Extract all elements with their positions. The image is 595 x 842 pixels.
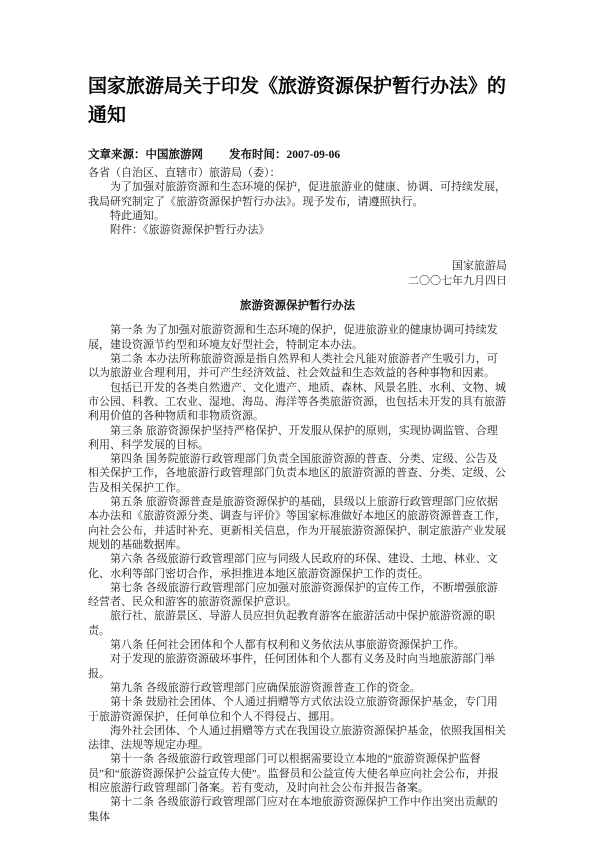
measures-paragraph: 第七条 各级旅游行政管理部门应加强对旅游资源保护的宣传工作，不断增强旅游经营者、…	[88, 581, 507, 610]
measures-paragraph: 第二条 本办法所称旅游资源是指自然界和人类社会凡能对旅游者产生吸引力，可以为旅游…	[88, 352, 507, 381]
measures-paragraph: 第十一条 各级旅游行政管理部门可以根据需要设立本地的“旅游资源保护监督员”和“旅…	[88, 752, 507, 795]
notice-paragraph: 特此通知。	[88, 209, 507, 223]
document-title: 国家旅游局关于印发《旅游资源保护暂行办法》的通知	[88, 72, 507, 130]
signature-date: 二〇〇七年九月四日	[88, 274, 507, 289]
measures-body: 第一条 为了加强对旅游资源和生态环境的保护，促进旅游业的健康协调可持续发展，建设…	[88, 323, 507, 823]
signature-block: 国家旅游局 二〇〇七年九月四日	[88, 259, 507, 289]
salutation: 各省（自治区、直辖市）旅游局（委）：	[88, 166, 507, 180]
attachment-heading: 旅游资源保护暂行办法	[88, 299, 507, 314]
measures-paragraph: 第三条 旅游资源保护坚持严格保护、开发服从保护的原则，实现协调监管、合理利用、科…	[88, 424, 507, 453]
source-label: 文章来源：	[88, 149, 146, 161]
measures-paragraph: 第一条 为了加强对旅游资源和生态环境的保护，促进旅游业的健康协调可持续发展，建设…	[88, 323, 507, 352]
measures-paragraph: 旅行社、旅游景区、导游人员应担负起教育游客在旅游活动中保护旅游资源的职责。	[88, 609, 507, 638]
notice-paragraph: 附件：《旅游资源保护暂行办法》	[88, 223, 507, 237]
measures-paragraph: 第九条 各级旅游行政管理部门应确保旅游资源普查工作的资金。	[88, 681, 507, 695]
measures-paragraph: 第五条 旅游资源普查是旅游资源保护的基础，县级以上旅游行政管理部门应依据本办法和…	[88, 495, 507, 552]
measures-paragraph: 海外社会团体、个人通过捐赠等方式在我国设立旅游资源保护基金，依照我国相关法律、法…	[88, 724, 507, 753]
source-value: 中国旅游网	[146, 149, 204, 161]
publish-time-value: 2007-09-06	[287, 149, 341, 161]
article-meta: 文章来源：中国旅游网发布时间：2007-09-06	[88, 148, 507, 163]
measures-paragraph: 第八条 任何社会团体和个人都有权利和义务依法从事旅游资源保护工作。	[88, 638, 507, 652]
measures-paragraph: 第六条 各级旅游行政管理部门应与同级人民政府的环保、建设、土地、林业、文化、水利…	[88, 552, 507, 581]
notice-body: 为了加强对旅游资源和生态环境的保护，促进旅游业的健康、协调、可持续发展，我局研究…	[88, 180, 507, 237]
signature-issuer: 国家旅游局	[88, 259, 507, 274]
notice-paragraph: 为了加强对旅游资源和生态环境的保护，促进旅游业的健康、协调、可持续发展，我局研究…	[88, 180, 507, 209]
measures-paragraph: 对于发现的旅游资源破坏事件，任何团体和个人都有义务及时向当地旅游部门举报。	[88, 652, 507, 681]
document-page: 国家旅游局关于印发《旅游资源保护暂行办法》的通知 文章来源：中国旅游网发布时间：…	[0, 0, 595, 842]
measures-paragraph: 包括已开发的各类自然遗产、文化遗产、地质、森林、风景名胜、水利、文物、城市公园、…	[88, 381, 507, 424]
measures-paragraph: 第十二条 各级旅游行政管理部门应对在本地旅游资源保护工作中作出突出贡献的集体	[88, 795, 507, 824]
measures-paragraph: 第十条 鼓励社会团体、个人通过捐赠等方式依法设立旅游资源保护基金，专门用于旅游资…	[88, 695, 507, 724]
measures-paragraph: 第四条 国务院旅游行政管理部门负责全国旅游资源的普查、分类、定级、公告及相关保护…	[88, 452, 507, 495]
publish-time-label: 发布时间：	[229, 149, 287, 161]
